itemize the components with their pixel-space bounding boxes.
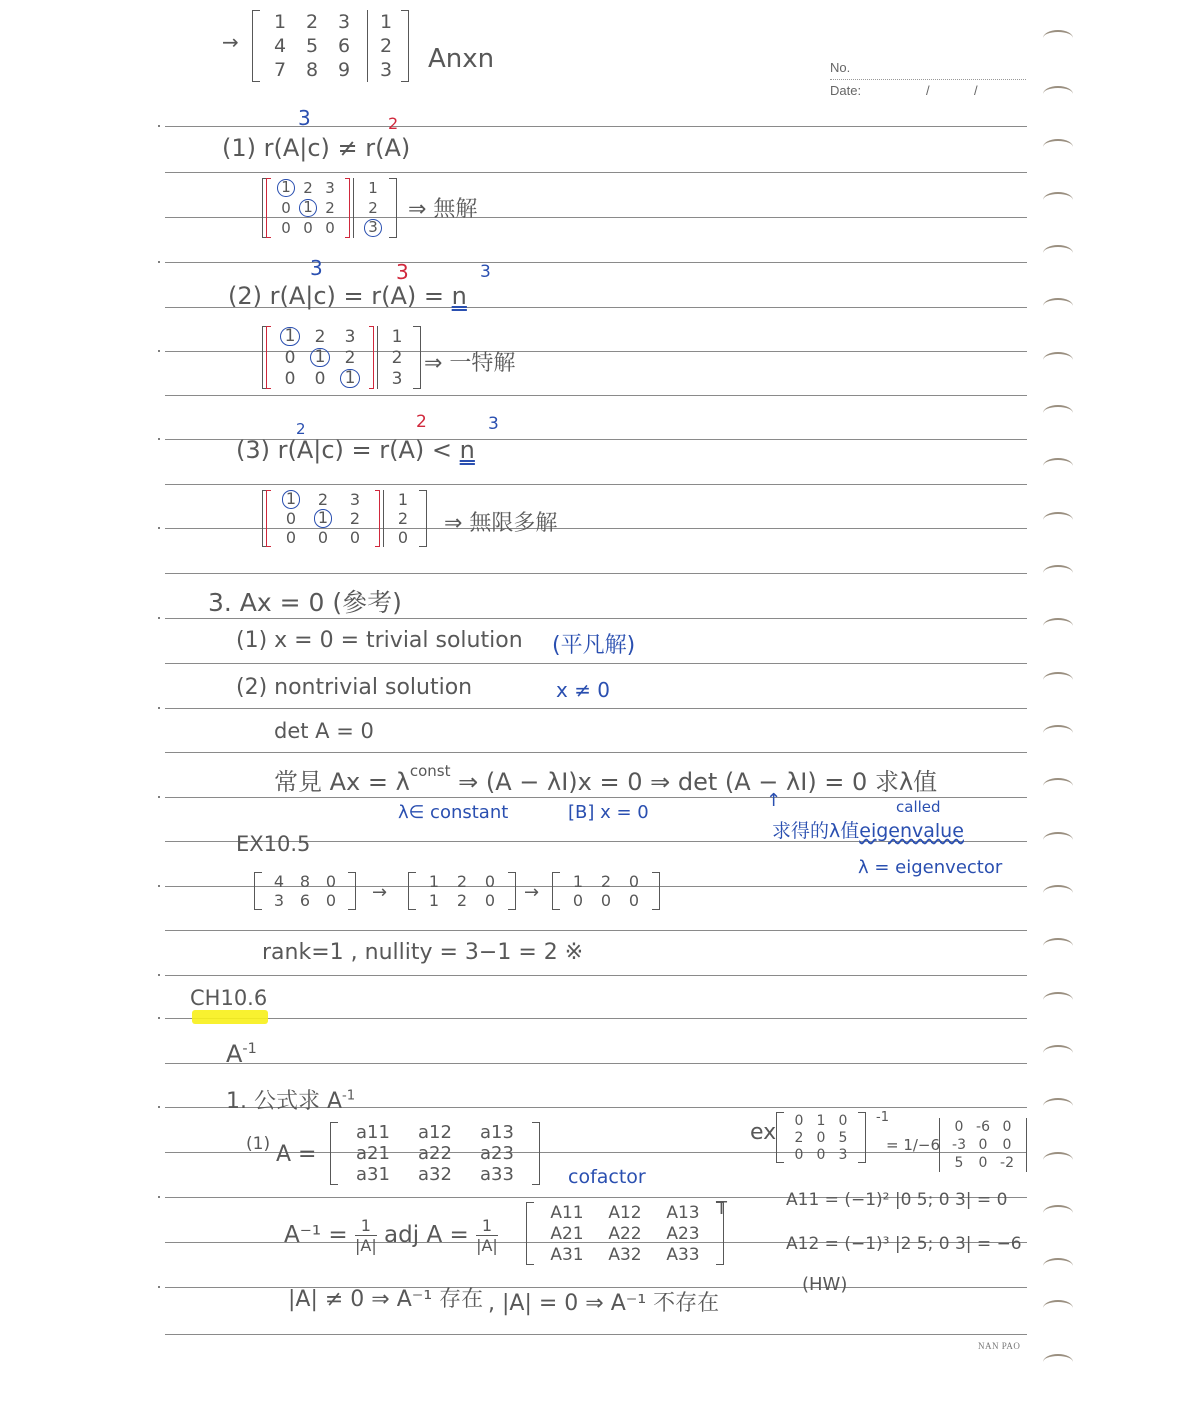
- no-field-line: [830, 79, 1026, 80]
- matrix-cell: 3: [839, 1147, 848, 1163]
- brand-label: NAN PAO: [978, 1341, 1020, 1351]
- binder-ring: [1043, 1152, 1073, 1168]
- annotation: 3: [310, 256, 323, 280]
- matrix-cell: a23: [480, 1143, 514, 1164]
- matrix-cell: -6: [976, 1119, 990, 1135]
- augment-cell: 1: [392, 327, 403, 347]
- inverse-sup: -1: [242, 1041, 256, 1057]
- matrix-cell: a21: [356, 1143, 390, 1164]
- matrix-cell: 0: [485, 891, 495, 910]
- bracket-right: [858, 1112, 866, 1163]
- binder-ring: [1043, 938, 1073, 954]
- augment-cell: 2: [392, 348, 403, 368]
- ruled-line: [165, 1018, 1027, 1019]
- binder-ring: [1043, 1354, 1073, 1370]
- annotation: 3: [488, 414, 499, 434]
- binder-ring: [1043, 1098, 1073, 1114]
- binder-ring: [1043, 352, 1073, 368]
- ruled-line: [165, 1063, 1027, 1064]
- matrix-cell: 1: [817, 1113, 826, 1129]
- nontrivial-item: (2) nontrivial solution: [236, 675, 472, 700]
- ruled-line: [165, 930, 1027, 931]
- matrix-cell: 0: [629, 872, 639, 891]
- annotation: 3: [480, 262, 491, 282]
- binder-ring: [1043, 245, 1073, 261]
- arrow: →: [222, 30, 239, 54]
- bracket-left: [776, 1112, 784, 1163]
- matrix-cell: 2: [306, 11, 318, 33]
- matrix-cell: 3: [274, 891, 284, 910]
- formula-heading: 1. 公式求 A-1: [226, 1084, 355, 1115]
- matrix-cell: 0: [795, 1113, 804, 1129]
- side-matrix: 0 1 0 2 0 5 0 0 3: [776, 1112, 866, 1163]
- augment-cell: 0: [398, 528, 408, 547]
- binder-ring: [1043, 1300, 1073, 1316]
- sub-item-label: (1): [246, 1134, 270, 1154]
- binder-ring: [1043, 86, 1073, 102]
- arrow: →: [524, 882, 539, 903]
- matrix-cell: a32: [418, 1164, 452, 1185]
- example-matrix-3: 1 2 0 0 0 0: [552, 872, 660, 910]
- matrix-cell: 3: [345, 327, 356, 347]
- matrix-cell: 6: [300, 891, 310, 910]
- matrix-cell: 4: [274, 35, 286, 57]
- called-note: called: [896, 798, 941, 816]
- matrix-cell: 0: [326, 891, 336, 910]
- matrix-cell: 9: [338, 59, 350, 81]
- numerator: 1: [482, 1216, 492, 1235]
- ruled-line: [165, 484, 1027, 485]
- matrix-cell: 2: [345, 348, 356, 368]
- matrix-cell: 0: [817, 1147, 826, 1163]
- b-system-note: [B] x = 0: [568, 802, 649, 823]
- ruled-line: [165, 395, 1027, 396]
- matrix-cell: a13: [480, 1122, 514, 1143]
- notebook-page: No. Date: / / → 1 2 3 4 5 6 7 8 9 1 2 3 …: [0, 0, 1200, 1420]
- binder-ring: [1043, 298, 1073, 314]
- bracket-right-red: [345, 178, 350, 238]
- eq-superscript: const: [410, 762, 451, 780]
- n-underlined: n: [452, 282, 467, 310]
- matrix-cell: 0: [286, 528, 296, 547]
- binder-ring: [1043, 192, 1073, 208]
- bracket-right: [419, 490, 427, 547]
- date-separator: /: [974, 83, 978, 98]
- rank-nullity: rank=1 , nullity = 3−1 = 2 ※: [262, 940, 583, 965]
- highlight-mark: [192, 1010, 268, 1024]
- matrix-cell: 1: [573, 872, 583, 891]
- chapter-title: CH10.6: [190, 986, 267, 1010]
- matrix-cell: 3: [350, 490, 360, 509]
- denominator: |A|: [355, 1235, 377, 1255]
- inverse-not-exists: , |A| = 0 ⇒ A⁻¹ 不存在: [488, 1286, 719, 1317]
- binder-ring: [1043, 458, 1073, 474]
- a12-calc: A12 = (−1)³ |2 5; 0 3| = −6: [786, 1234, 1022, 1254]
- pivot-cell: 3: [364, 219, 382, 237]
- bracket-left: [330, 1122, 338, 1185]
- case3-matrix: 1 2 3 0 1 2 0 0 0 1 2 0: [262, 490, 427, 547]
- denominator: |A|: [476, 1235, 498, 1255]
- formula-lhs: A⁻¹ =: [284, 1222, 355, 1248]
- case2-title: (2) r(A|c) = r(A) = n: [228, 282, 467, 310]
- bracket-right: [389, 178, 397, 238]
- matrix-cell: 0: [303, 219, 313, 237]
- matrix-cell: 0: [281, 199, 291, 217]
- pivot-cell: 1: [314, 509, 333, 528]
- annotation: 3: [396, 260, 409, 284]
- matrix-cell: 2: [303, 179, 313, 197]
- matrix-cell: 8: [300, 872, 310, 891]
- ruled-line: [165, 1334, 1027, 1335]
- binder-ring: [1043, 1258, 1073, 1274]
- annotation: 2: [416, 412, 427, 432]
- matrix-cell: a31: [356, 1164, 390, 1185]
- pivot-cell: 1: [277, 179, 295, 197]
- matrix-cell: 0: [485, 872, 495, 891]
- augment-cell: 3: [380, 59, 392, 81]
- matrix-cell: A12: [608, 1203, 641, 1223]
- section3-title: 3. Ax = 0 (參考): [208, 583, 402, 619]
- ruled-line: [165, 262, 1027, 263]
- example-label: ex: [750, 1120, 776, 1145]
- augment-separator: [353, 178, 354, 238]
- a11-calc: A11 = (−1)² |0 5; 0 3| = 0: [786, 1190, 1007, 1210]
- matrix-cell: 0: [629, 891, 639, 910]
- augment-separator: [367, 10, 368, 82]
- a-general-matrix: a11 a12 a13 a21 a22 a23 a31 a32 a33: [330, 1122, 540, 1185]
- matrix-cell: 2: [601, 872, 611, 891]
- numerator: 1: [361, 1216, 371, 1235]
- bracket-left: [254, 872, 262, 910]
- case2-result: ⇒ 一特解: [424, 346, 515, 377]
- matrix-cell: 2: [795, 1130, 804, 1146]
- matrix-cell: 0: [1003, 1137, 1012, 1153]
- bracket-right-red: [375, 490, 380, 547]
- binder-ring: [1043, 725, 1073, 741]
- bracket-left: [526, 1202, 534, 1265]
- matrix-cell: 0: [979, 1155, 988, 1171]
- inverse-sup: -1: [876, 1110, 889, 1125]
- lambda-const-note: λ∈ constant: [398, 802, 508, 823]
- bracket-right: [348, 872, 356, 910]
- matrix-cell: 1: [274, 11, 286, 33]
- matrix-cell: A21: [550, 1224, 583, 1244]
- matrix-cell: 1: [429, 891, 439, 910]
- pivot-cell: 1: [280, 327, 300, 347]
- adj-text: adj A =: [384, 1222, 476, 1248]
- eq-rest: ⇒ (A − λI)x = 0 ⇒ det (A − λI) = 0 求λ值: [458, 768, 937, 796]
- matrix-cell: 0: [325, 219, 335, 237]
- trivial-note: (平凡解): [552, 628, 635, 659]
- matrix-cell: 0: [315, 369, 326, 389]
- matrix-cell: 3: [338, 11, 350, 33]
- matrix-cell: -2: [1000, 1155, 1014, 1171]
- bracket-right: [508, 872, 516, 910]
- binder-ring: [1043, 832, 1073, 848]
- bracket-right: [401, 10, 409, 82]
- matrix-cell: 2: [325, 199, 335, 217]
- binder-ring: [1043, 405, 1073, 421]
- side-result-matrix: 0 -6 0 -3 0 0 5 0 -2: [936, 1118, 1030, 1172]
- matrix-cell: 0: [839, 1113, 848, 1129]
- ruled-line: [165, 663, 1027, 664]
- matrix-cell: 7: [274, 59, 286, 81]
- date-label: Date:: [830, 83, 861, 98]
- n-underlined: n: [460, 436, 475, 464]
- matrix-cell: 0: [286, 509, 296, 528]
- matrix-cell: a33: [480, 1164, 514, 1185]
- eigenvalue-note: 求得的λ值eigenvalue: [772, 816, 964, 843]
- matrix-cell: A33: [666, 1245, 699, 1265]
- det-bar: [1026, 1118, 1027, 1172]
- matrix-cell: 8: [306, 59, 318, 81]
- augment-cell: 1: [398, 490, 408, 509]
- binder-ring: [1043, 618, 1073, 634]
- binder-ring: [1043, 778, 1073, 794]
- inverse-formula: A⁻¹ = 1|A| adj A = 1|A|: [284, 1216, 498, 1255]
- transpose-mark: T: [716, 1198, 727, 1219]
- annotation: 3: [298, 106, 311, 130]
- matrix-cell: 2: [318, 490, 328, 509]
- binder-ring: [1043, 672, 1073, 688]
- eigenvalue-word: eigenvalue: [859, 820, 964, 842]
- augment-cell: 2: [368, 199, 378, 217]
- fraction: 1|A|: [476, 1216, 498, 1255]
- augmented-matrix: 1 2 3 4 5 6 7 8 9 1 2 3: [252, 10, 409, 82]
- bracket-right-red: [369, 326, 374, 389]
- eq-prefix: 常見 Ax = λ: [274, 768, 410, 796]
- trivial-item: (1) x = 0 = trivial solution: [236, 628, 523, 653]
- matrix-cell: A23: [666, 1224, 699, 1244]
- matrix-cell: 0: [601, 891, 611, 910]
- augment-separator: [383, 490, 384, 547]
- augment-cell: 1: [380, 11, 392, 33]
- matrix-cell: 6: [338, 35, 350, 57]
- matrix-cell: A13: [666, 1203, 699, 1223]
- matrix-cell: a22: [418, 1143, 452, 1164]
- example-matrix-2: 1 2 0 1 2 0: [408, 872, 516, 910]
- fraction: 1|A|: [355, 1216, 377, 1255]
- matrix-cell: a12: [418, 1122, 452, 1143]
- matrix-cell: 0: [326, 872, 336, 891]
- bracket-left: [552, 872, 560, 910]
- matrix-cell: 2: [315, 327, 326, 347]
- case1-title: (1) r(A|c) ≠ r(A): [222, 134, 410, 162]
- matrix-cell: A31: [550, 1245, 583, 1265]
- a-symbol: A: [226, 1040, 242, 1068]
- no-label: No.: [830, 60, 850, 75]
- matrix-label: Anxn: [428, 44, 494, 74]
- binder-ring: [1043, 992, 1073, 1008]
- matrix-cell: 5: [306, 35, 318, 57]
- matrix-cell: a11: [356, 1122, 390, 1143]
- matrix-cell: 3: [325, 179, 335, 197]
- ruled-line: [165, 126, 1027, 127]
- ruled-line: [165, 573, 1027, 574]
- scalar-factor: = 1/−6: [886, 1136, 940, 1154]
- pivot-cell: 1: [282, 490, 301, 509]
- eigen-equation: 常見 Ax = λconst ⇒ (A − λI)x = 0 ⇒ det (A …: [274, 762, 937, 797]
- bracket-right: [652, 872, 660, 910]
- cofactor-matrix: A11 A12 A13 A21 A22 A23 A31 A32 A33: [526, 1202, 724, 1265]
- annotation: 2: [388, 114, 398, 133]
- augment-cell: 2: [398, 509, 408, 528]
- case2-matrix: 1 2 3 0 1 2 0 0 1 1 2 3: [262, 326, 421, 389]
- binder-ring: [1043, 30, 1073, 46]
- matrix-cell: A11: [550, 1203, 583, 1223]
- a-inverse-heading: A-1: [226, 1040, 257, 1068]
- case3-title: (3) r(A|c) = r(A) < n: [236, 436, 475, 464]
- arrow: →: [372, 882, 387, 903]
- matrix-cell: 0: [817, 1130, 826, 1146]
- binder-ring: [1043, 1205, 1073, 1221]
- matrix-cell: 0: [573, 891, 583, 910]
- ruled-line: [165, 752, 1027, 753]
- bracket-left: [408, 872, 416, 910]
- binder-ring: [1043, 565, 1073, 581]
- inverse-exists: |A| ≠ 0 ⇒ A⁻¹ 存在: [288, 1282, 483, 1313]
- det-condition: det A = 0: [274, 719, 374, 743]
- example-title: EX10.5: [236, 832, 310, 856]
- matrix-cell: 0: [350, 528, 360, 547]
- det-bar: [939, 1118, 940, 1172]
- matrix-cell: 5: [839, 1130, 848, 1146]
- augment-cell: 2: [380, 35, 392, 57]
- augment-separator: [377, 326, 378, 389]
- nontrivial-note: x ≠ 0: [556, 678, 610, 702]
- inverse-sup: -1: [342, 1089, 355, 1104]
- matrix-cell: A22: [608, 1224, 641, 1244]
- binder-ring: [1043, 1045, 1073, 1061]
- eigen-prefix: 求得的λ值: [772, 820, 859, 842]
- matrix-cell: 0: [979, 1137, 988, 1153]
- matrix-cell: 0: [1003, 1119, 1012, 1135]
- homework-note: (HW): [802, 1274, 847, 1295]
- bracket-left: [252, 10, 260, 82]
- matrix-cell: 0: [285, 348, 296, 368]
- pivot-cell: 1: [310, 348, 330, 368]
- ruled-line: [165, 975, 1027, 976]
- case1-result: ⇒ 無解: [408, 192, 477, 223]
- date-separator: /: [926, 83, 930, 98]
- example-matrix-1: 4 8 0 3 6 0: [254, 872, 356, 910]
- matrix-cell: 0: [955, 1119, 964, 1135]
- cofactor-note: cofactor: [568, 1166, 646, 1188]
- matrix-cell: 2: [457, 891, 467, 910]
- eigenvector-note: λ = eigenvector: [858, 857, 1002, 878]
- matrix-cell: 0: [318, 528, 328, 547]
- matrix-cell: -3: [952, 1137, 966, 1153]
- augment-cell: 1: [368, 179, 378, 197]
- case3-title-text: (3) r(A|c) = r(A) <: [236, 436, 460, 464]
- matrix-cell: 2: [457, 872, 467, 891]
- augment-cell: 3: [392, 369, 403, 389]
- matrix-cell: 0: [281, 219, 291, 237]
- case3-result: ⇒ 無限多解: [444, 506, 557, 537]
- matrix-cell: 1: [429, 872, 439, 891]
- pivot-cell: 1: [299, 199, 317, 217]
- case2-title-text: (2) r(A|c) = r(A) =: [228, 282, 452, 310]
- case1-matrix: 1 2 3 0 1 2 0 0 0 1 2 3: [262, 178, 397, 238]
- formula-heading-text: 1. 公式求 A: [226, 1089, 342, 1114]
- bracket-right: [532, 1122, 540, 1185]
- matrix-cell: 5: [955, 1155, 964, 1171]
- binder-ring: [1043, 139, 1073, 155]
- ruled-line: [165, 172, 1027, 173]
- pivot-cell: 1: [340, 369, 360, 389]
- binder-ring: [1043, 512, 1073, 528]
- a-equals: A =: [276, 1142, 316, 1167]
- up-arrow-icon: ↑: [766, 790, 781, 811]
- matrix-cell: 0: [795, 1147, 804, 1163]
- bracket-right: [413, 326, 421, 389]
- matrix-cell: 2: [350, 509, 360, 528]
- binder-ring: [1043, 885, 1073, 901]
- ruled-line: [165, 708, 1027, 709]
- matrix-cell: A32: [608, 1245, 641, 1265]
- matrix-cell: 4: [274, 872, 284, 891]
- matrix-cell: 0: [285, 369, 296, 389]
